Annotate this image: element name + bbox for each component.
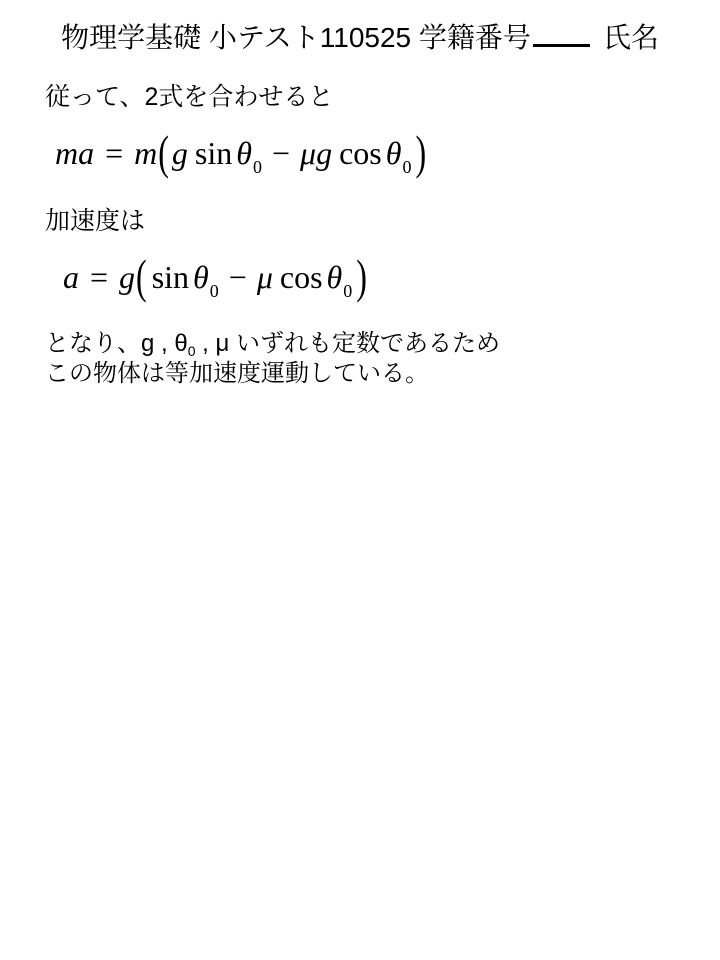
paragraph-conclusion: となり、g , θ0 , μ いずれも定数であるため この物体は等加速度運動して… [45, 330, 720, 387]
math-var-a: a [63, 259, 79, 295]
math-subscript-zero: 0 [253, 157, 262, 177]
math-var-mu-g: μg [300, 135, 332, 171]
math-var-theta: θ [236, 135, 252, 171]
math-minus: − [272, 135, 290, 171]
math-var-g: g [172, 135, 188, 171]
title-text-suffix: 氏名 [603, 22, 659, 53]
math-fn-cos: cos [339, 135, 382, 171]
math-var-theta: θ [386, 135, 402, 171]
math-equals: = [90, 259, 108, 295]
math-close-paren: ) [356, 241, 367, 310]
math-var-theta: θ [327, 259, 343, 295]
content-area: 従って、2式を合わせると ma=m(gsinθ0−μgcosθ0) 加速度は a… [0, 82, 720, 387]
math-fn-sin: sin [152, 259, 189, 295]
paragraph-acceleration: 加速度は [45, 206, 720, 236]
math-var-mu: μ [257, 259, 273, 295]
math-fn-sin: sin [195, 135, 232, 171]
math-var-theta: θ [193, 259, 209, 295]
math-close-paren: ) [415, 114, 426, 189]
conclusion-line-1: となり、g , θ0 , μ いずれも定数であるため [45, 330, 720, 360]
math-var-m: m [134, 135, 157, 171]
page-title: 物理学基礎 小テスト110525 学籍番号氏名 [0, 0, 720, 55]
student-id-blank-line [533, 44, 590, 47]
math-minus: − [229, 259, 247, 295]
quiz-page: 物理学基礎 小テスト110525 学籍番号氏名 従って、2式を合わせると ma=… [0, 0, 720, 960]
math-subscript-zero: 0 [402, 157, 411, 177]
equation-ma: ma=m(gsinθ0−μgcosθ0) [45, 128, 720, 178]
math-subscript-zero: 0 [210, 281, 219, 301]
math-var-ma: ma [55, 135, 94, 171]
math-equals: = [105, 135, 123, 171]
conclusion-line1-text-cont: , μ いずれも定数であるため [196, 330, 501, 357]
theta-subscript-zero: 0 [188, 343, 196, 359]
math-fn-cos: cos [280, 259, 323, 295]
conclusion-line1-text: となり、g , θ [45, 330, 188, 357]
math-open-paren: ( [158, 114, 169, 189]
conclusion-line-2: この物体は等加速度運動している。 [45, 360, 720, 387]
math-subscript-zero: 0 [343, 281, 352, 301]
equation-a: a=g(sinθ0−μcosθ0) [45, 254, 720, 300]
title-text-prefix: 物理学基礎 小テスト110525 学籍番号 [61, 22, 531, 53]
math-open-paren: ( [136, 241, 147, 310]
paragraph-intro: 従って、2式を合わせると [45, 82, 720, 112]
math-var-g: g [119, 259, 135, 295]
